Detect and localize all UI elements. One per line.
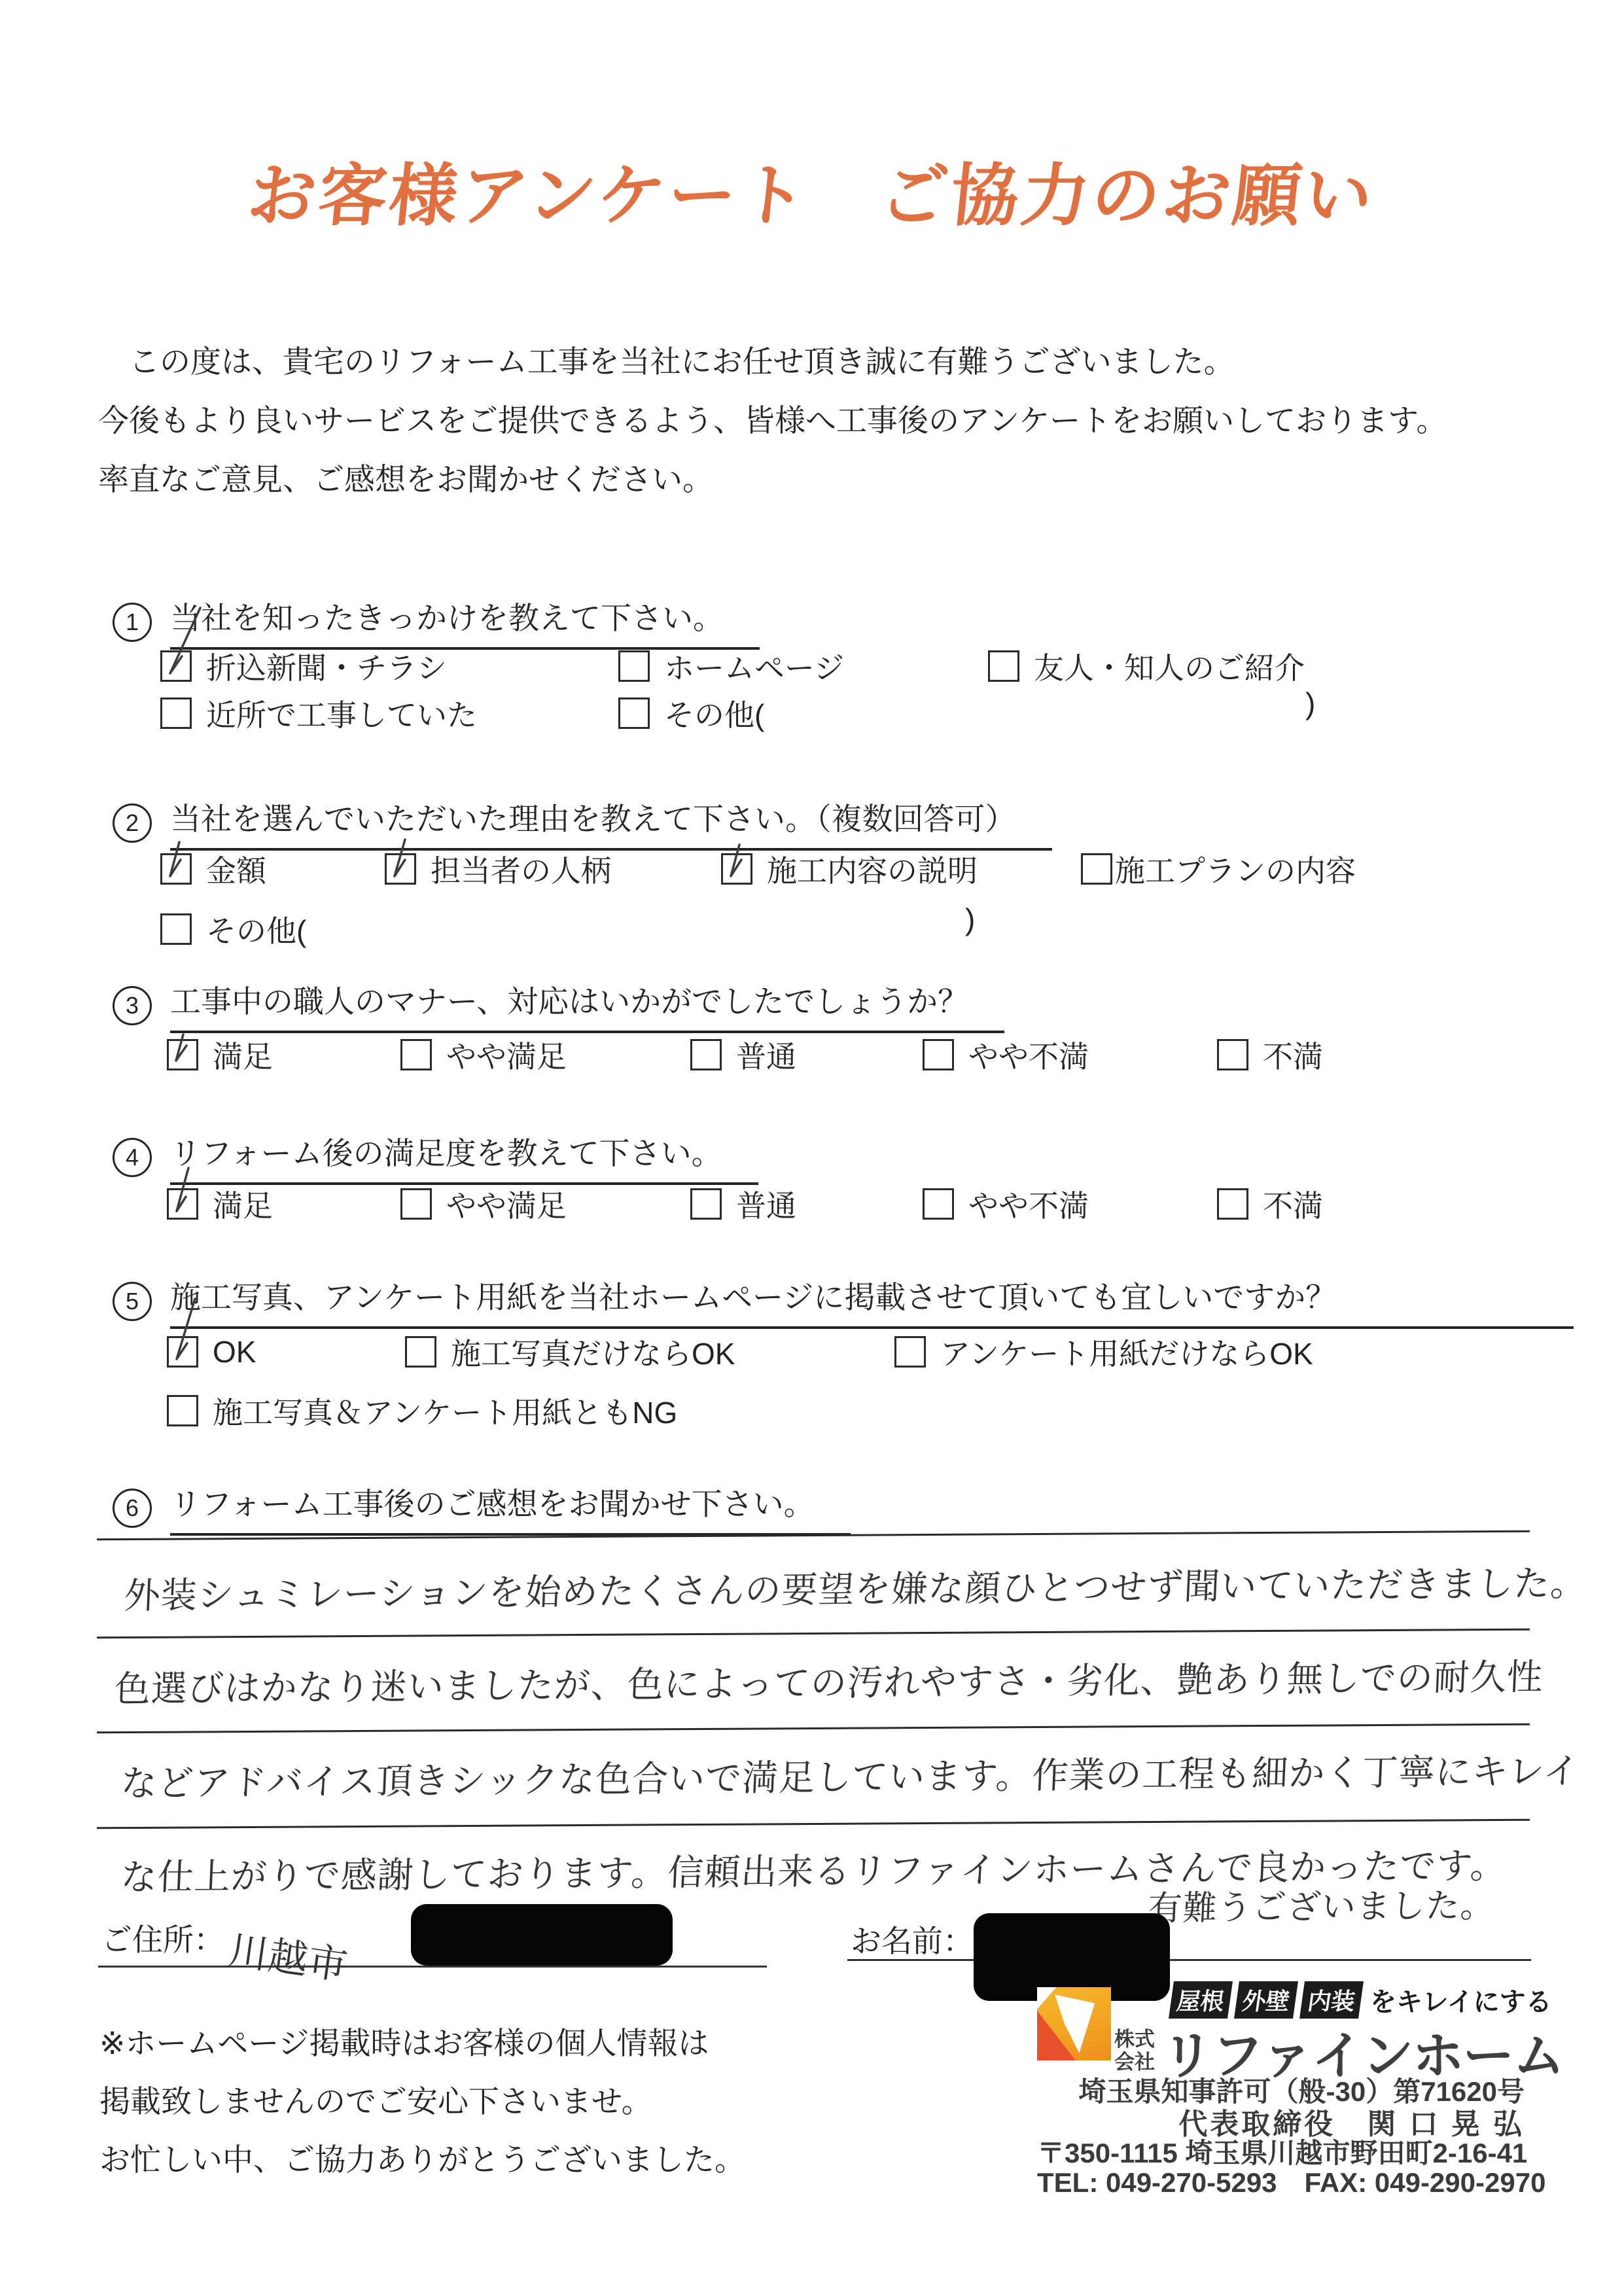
checkbox-q2-other[interactable] — [160, 913, 192, 945]
option-q3-somewhat-satisfied: やや満足 — [400, 1035, 567, 1074]
option-label: ホームページ — [664, 645, 844, 688]
question-4-title: リフォーム後の満足度を教えて下さい。 — [170, 1129, 758, 1185]
name-label: お名前： — [851, 1917, 974, 1961]
checkbox-q4-somewhat-satisfied[interactable] — [400, 1188, 432, 1220]
privacy-note-line-3: お忙しい中、ご協力ありがとうございました。 — [99, 2130, 745, 2189]
handwritten-check-icon — [162, 855, 190, 883]
option-q5-photos-only: 施工写真だけならOK — [405, 1332, 735, 1371]
intro-line-3: 率直なご意見、ご感想をお聞かせください。 — [98, 450, 1557, 509]
feedback-line-3: などアドバイス頂きシックな色合いで満足しています。作業の工程も細かく丁寧にキレイ — [120, 1742, 1581, 1806]
option-q2-other: その他( — [160, 910, 306, 949]
option-label: 不満 — [1263, 1033, 1323, 1076]
option-label: やや不満 — [968, 1033, 1089, 1076]
feedback-closing: 有難うございました。 — [1147, 1878, 1496, 1930]
option-label: やや満足 — [446, 1033, 567, 1076]
company-tagline: 屋根 外壁 内装 をキレイにする — [1171, 1981, 1552, 2019]
checkbox-q5-survey-only[interactable] — [894, 1336, 926, 1368]
option-label: 金額 — [206, 847, 266, 891]
question-3-number: 3 — [113, 986, 152, 1025]
option-q1-neighborhood: 近所で工事していた — [160, 694, 477, 733]
question-4-heading: 4 リフォーム後の満足度を教えて下さい。 — [113, 1129, 758, 1185]
option-label: 施工内容の説明 — [767, 847, 978, 891]
checkbox-q1-homepage[interactable] — [618, 650, 650, 682]
option-label: 施工プランの内容 — [1115, 847, 1356, 891]
option-label: 友人・知人のご紹介 — [1034, 645, 1305, 688]
intro-paragraph: この度は、貴宅のリフォーム工事を当社にお任せ頂き誠に有難うございました。 今後も… — [98, 332, 1557, 509]
option-label: アンケート用紙だけならOK — [940, 1330, 1313, 1373]
option-label: 満足 — [213, 1033, 273, 1076]
intro-line-2: 今後もより良いサービスをご提供できるよう、皆様へ工事後のアンケートをお願いしてお… — [98, 391, 1557, 450]
handwritten-check-icon — [723, 855, 750, 883]
checkbox-q4-somewhat-dissatisfied[interactable] — [923, 1188, 954, 1220]
privacy-note: ※ホームページ掲載時はお客様の個人情報は 掲載致しませんのでご安心下さいませ。 … — [99, 2014, 745, 2189]
question-1-title: 当社を知ったきっかけを教えて下さい。 — [170, 594, 760, 650]
handwritten-check-icon — [387, 855, 414, 883]
tag-roof: 屋根 — [1169, 1981, 1233, 2019]
checkbox-q2-price[interactable] — [160, 853, 192, 885]
checkbox-q1-chirashi[interactable] — [160, 650, 192, 682]
question-2-heading: 2 当社を選んでいただいた理由を教えて下さい。（複数回答可） — [113, 795, 1052, 851]
option-label: やや満足 — [446, 1182, 567, 1226]
company-prefix-top: 株式 — [1114, 2028, 1155, 2051]
question-6-heading: 6 リフォーム工事後のご感想をお聞かせ下さい。 — [113, 1480, 851, 1536]
writing-line — [97, 1723, 1530, 1734]
option-label: 普通 — [736, 1033, 796, 1076]
option-label: やや不満 — [968, 1182, 1089, 1226]
page-title: お客様アンケート ご協力のお願い — [0, 141, 1624, 239]
intro-line-1: この度は、貴宅のリフォーム工事を当社にお任せ頂き誠に有難うございました。 — [98, 332, 1557, 391]
question-5-number: 5 — [113, 1282, 152, 1321]
option-q1-other: その他( — [618, 694, 764, 733]
option-q4-neutral: 普通 — [690, 1184, 796, 1224]
address-label: ご住所： — [101, 1916, 224, 1960]
option-q3-somewhat-dissatisfied: やや不満 — [923, 1035, 1089, 1074]
handwritten-check-icon — [169, 1190, 196, 1218]
address-redaction-box — [411, 1904, 673, 1966]
question-1-number: 1 — [113, 603, 152, 642]
option-q3-dissatisfied: 不満 — [1217, 1035, 1323, 1074]
option-q4-dissatisfied: 不満 — [1217, 1184, 1323, 1224]
other-close-paren: ) — [965, 902, 975, 937]
checkbox-q4-dissatisfied[interactable] — [1217, 1188, 1248, 1220]
question-1-heading: 1 当社を知ったきっかけを教えて下さい。 — [113, 594, 760, 650]
question-3-heading: 3 工事中の職人のマナー、対応はいかがでしたでしょうか？ — [113, 978, 1004, 1033]
option-label: 近所で工事していた — [206, 692, 477, 735]
option-q2-explanation: 施工内容の説明 — [721, 849, 978, 889]
company-logo — [1037, 1987, 1111, 2060]
option-label: 施工写真だけならOK — [451, 1330, 735, 1373]
option-q3-neutral: 普通 — [690, 1035, 796, 1074]
option-label: 満足 — [213, 1182, 273, 1226]
option-q5-survey-only: アンケート用紙だけならOK — [894, 1332, 1313, 1371]
option-q3-satisfied: 満足 — [167, 1035, 273, 1074]
handwritten-check-icon — [162, 652, 190, 680]
checkbox-q5-both-ng[interactable] — [167, 1395, 198, 1426]
option-label: 普通 — [736, 1182, 796, 1226]
survey-sheet: お客様アンケート ご協力のお願い この度は、貴宅のリフォーム工事を当社にお任せ頂… — [0, 0, 1624, 2296]
option-q1-referral: 友人・知人のご紹介 — [988, 646, 1305, 686]
checkbox-q1-neighborhood[interactable] — [160, 698, 192, 729]
handwritten-check-icon — [169, 1338, 196, 1366]
other-close-paren: ) — [1305, 686, 1315, 721]
privacy-note-line-1: ※ホームページ掲載時はお客様の個人情報は — [99, 2014, 745, 2072]
option-q1-chirashi: 折込新聞・チラシ — [160, 646, 447, 686]
tagline-suffix: をキレイにする — [1370, 1981, 1552, 2019]
question-5-title: 施工写真、アンケート用紙を当社ホームページに掲載させて頂いても宜しいですか？ — [170, 1273, 1574, 1329]
checkbox-q2-plan[interactable] — [1081, 853, 1112, 885]
privacy-note-line-2: 掲載致しませんのでご安心下さいませ。 — [99, 2072, 745, 2130]
question-6-number: 6 — [113, 1489, 152, 1528]
option-q4-somewhat-satisfied: やや満足 — [400, 1184, 567, 1224]
option-q2-staff: 担当者の人柄 — [385, 849, 611, 889]
address-handwritten-value: 川越市 — [226, 1919, 352, 1992]
question-3-title: 工事中の職人のマナー、対応はいかがでしたでしょうか？ — [170, 978, 1004, 1033]
option-q2-price: 金額 — [160, 849, 266, 889]
address-underline — [98, 1966, 767, 1968]
option-label: OK — [213, 1334, 256, 1369]
option-q5-ok: OK — [167, 1332, 256, 1371]
option-q4-somewhat-dissatisfied: やや不満 — [923, 1184, 1089, 1224]
option-q2-plan: 施工プランの内容 — [1081, 849, 1356, 889]
question-2-number: 2 — [113, 804, 152, 843]
company-tel-fax: TEL: 049-270-5293 FAX: 049-290-2970 — [1037, 2161, 1525, 2200]
feedback-line-1: 外装シュミレーションを始めたくさんの要望を嫌な顔ひとつせず聞いていただきました。 — [123, 1554, 1588, 1619]
company-prefix: 株式 会社 — [1114, 2028, 1155, 2074]
option-label: 不満 — [1263, 1182, 1323, 1226]
question-2-title: 当社を選んでいただいた理由を教えて下さい。（複数回答可） — [170, 795, 1052, 851]
checkbox-q3-dissatisfied[interactable] — [1217, 1039, 1248, 1070]
option-q1-homepage: ホームページ — [618, 646, 844, 686]
checkbox-q5-ok[interactable] — [167, 1336, 198, 1368]
option-label: その他( — [206, 908, 306, 951]
tag-interior: 内装 — [1299, 1981, 1364, 2019]
writing-line — [97, 1629, 1530, 1639]
checkbox-q3-somewhat-satisfied[interactable] — [400, 1039, 432, 1070]
checkbox-q3-neutral[interactable] — [690, 1039, 722, 1070]
checkbox-q4-neutral[interactable] — [690, 1188, 722, 1220]
writing-line — [97, 1819, 1530, 1829]
checkbox-q4-satisfied[interactable] — [167, 1188, 198, 1220]
feedback-line-2: 色選びはかなり迷いましたが、色によっての汚れやすさ・劣化、艶あり無しでの耐久性 — [113, 1648, 1544, 1712]
question-5-heading: 5 施工写真、アンケート用紙を当社ホームページに掲載させて頂いても宜しいですか？ — [113, 1273, 1574, 1329]
question-4-number: 4 — [113, 1138, 152, 1177]
option-q4-satisfied: 満足 — [167, 1184, 273, 1224]
checkbox-q1-other[interactable] — [618, 698, 650, 729]
option-label: 担当者の人柄 — [431, 847, 611, 891]
checkbox-q2-explanation[interactable] — [721, 853, 752, 885]
option-q5-both-ng: 施工写真＆アンケート用紙ともNG — [167, 1391, 677, 1430]
question-6-title: リフォーム工事後のご感想をお聞かせ下さい。 — [170, 1480, 851, 1536]
option-label: 折込新聞・チラシ — [206, 645, 447, 688]
tag-exterior-wall: 外壁 — [1234, 1981, 1298, 2019]
checkbox-q3-somewhat-dissatisfied[interactable] — [923, 1039, 954, 1070]
name-underline — [847, 1959, 1531, 1961]
checkbox-q3-satisfied[interactable] — [167, 1039, 198, 1070]
checkbox-q2-staff[interactable] — [385, 853, 416, 885]
option-label: 施工写真＆アンケート用紙ともNG — [213, 1389, 677, 1432]
checkbox-q5-photos-only[interactable] — [405, 1336, 436, 1368]
handwritten-check-icon — [169, 1041, 196, 1069]
checkbox-q1-referral[interactable] — [988, 650, 1019, 682]
option-label: その他( — [664, 692, 764, 735]
